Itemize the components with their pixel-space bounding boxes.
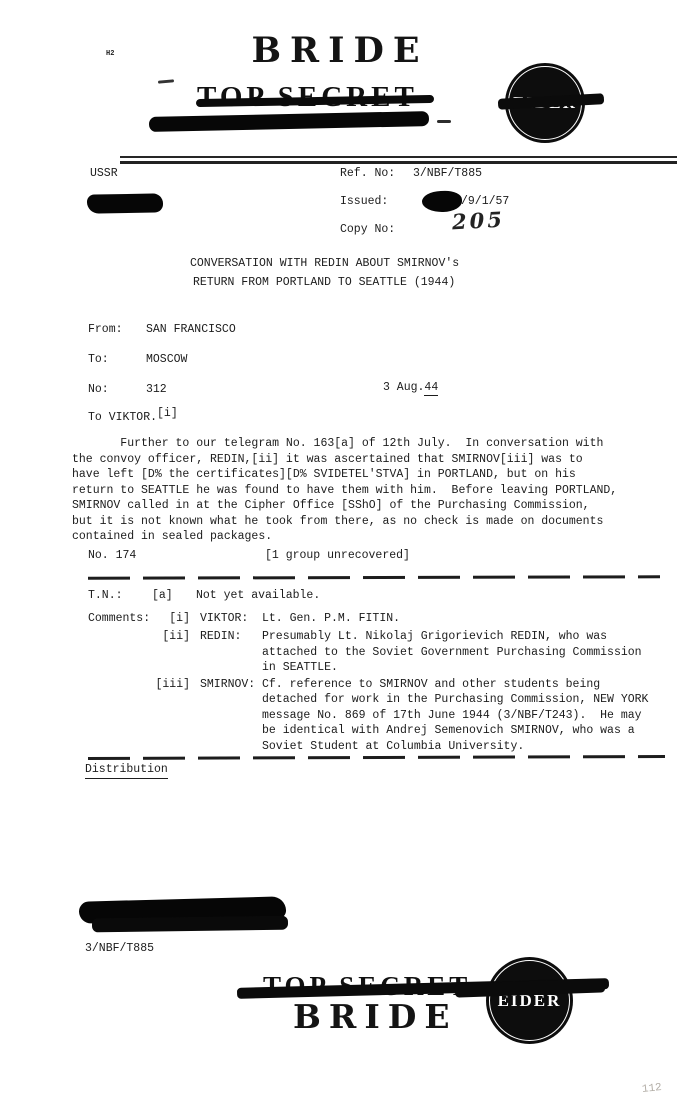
document-page: H2 BRIDE TOP SECRET EIDER USSR Ref. No: … bbox=[0, 0, 680, 1117]
comment-line: Soviet Student at Columbia University. bbox=[262, 740, 524, 754]
body-line: the convoy officer, REDIN,[ii] it was as… bbox=[72, 453, 583, 467]
issued-label: Issued: bbox=[340, 195, 388, 209]
copy-no-label: Copy No: bbox=[340, 223, 395, 237]
redaction-mark-sender bbox=[87, 193, 163, 213]
comment-line: be identical with Andrej Semenovich SMIR… bbox=[262, 724, 635, 738]
message-date: 3 Aug.44 bbox=[383, 381, 438, 395]
salutation: To VIKTOR.[i] bbox=[88, 411, 178, 425]
date-prefix: 3 Aug. bbox=[383, 381, 424, 394]
from-value: SAN FRANCISCO bbox=[146, 323, 236, 337]
ref-no-value: 3/NBF/T885 bbox=[413, 167, 482, 181]
document-title-line1: CONVERSATION WITH REDIN ABOUT SMIRNOV's bbox=[190, 257, 459, 271]
footer-serial: 3/NBF/T885 bbox=[85, 942, 154, 956]
comment-tag: [i] bbox=[126, 612, 190, 626]
codeword-bride-top: BRIDE bbox=[0, 30, 680, 71]
from-label: From: bbox=[88, 323, 123, 337]
distribution-heading: Distribution bbox=[85, 763, 168, 779]
comment-tag: [ii] bbox=[126, 630, 190, 644]
salutation-footnote-ref: [i] bbox=[157, 407, 178, 420]
comment-line: in SEATTLE. bbox=[262, 661, 338, 675]
no-value: 312 bbox=[146, 383, 167, 397]
to-label: To: bbox=[88, 353, 109, 367]
dash-mark-top bbox=[437, 120, 451, 123]
comment-tag: [iii] bbox=[126, 678, 190, 692]
to-value: MOSCOW bbox=[146, 353, 187, 367]
comment-line: detached for work in the Purchasing Comm… bbox=[262, 693, 648, 707]
comment-line: Lt. Gen. P.M. FITIN. bbox=[262, 612, 400, 626]
section-divider-dashed-2 bbox=[88, 755, 665, 760]
document-title-line2: RETURN FROM PORTLAND TO SEATTLE (1944) bbox=[193, 276, 455, 290]
faint-page-mark: 112 bbox=[641, 1082, 662, 1096]
country-label: USSR bbox=[90, 167, 118, 181]
redaction-mark-footer-2 bbox=[92, 916, 288, 933]
eider-stamp-bottom: EIDER bbox=[486, 957, 573, 1044]
tn-tag: [a] bbox=[152, 589, 173, 603]
body-line: have left [D% the certificates][D% SVIDE… bbox=[72, 468, 576, 482]
comment-name: SMIRNOV: bbox=[200, 678, 255, 692]
body-line: but it is not known what he took from th… bbox=[72, 515, 603, 529]
body-line: Further to our telegram No. 163[a] of 12… bbox=[72, 437, 603, 451]
section-divider-dashed-1 bbox=[88, 575, 660, 579]
unrecovered-note: [1 group unrecovered] bbox=[265, 549, 410, 563]
body-line: contained in sealed packages. bbox=[72, 530, 272, 544]
strikethrough-bar-top-2 bbox=[149, 111, 429, 132]
body-line: return to SEATTLE he was found to have t… bbox=[72, 484, 617, 498]
salutation-text: To VIKTOR. bbox=[88, 411, 157, 424]
stray-pen-mark bbox=[158, 79, 174, 83]
tn-text: Not yet available. bbox=[196, 589, 320, 603]
comment-name: VIKTOR: bbox=[200, 612, 248, 626]
body-line: SMIRNOV called in at the Cipher Office [… bbox=[72, 499, 590, 513]
comment-line: attached to the Soviet Government Purcha… bbox=[262, 646, 642, 660]
copy-no-handwritten-value: 205 bbox=[451, 207, 505, 235]
date-year-underlined: 44 bbox=[424, 381, 438, 396]
comment-line: Presumably Lt. Nikolaj Grigorievich REDI… bbox=[262, 630, 607, 644]
comment-line: message No. 869 of 17th June 1944 (3/NBF… bbox=[262, 709, 642, 723]
internal-message-no: No. 174 bbox=[88, 549, 136, 563]
comment-line: Cf. reference to SMIRNOV and other stude… bbox=[262, 678, 600, 692]
comment-name: REDIN: bbox=[200, 630, 241, 644]
ref-no-label: Ref. No: bbox=[340, 167, 395, 181]
tn-label: T.N.: bbox=[88, 589, 123, 603]
codeword-bride-bottom: BRIDE bbox=[293, 997, 458, 1036]
no-label: No: bbox=[88, 383, 109, 397]
header-divider-rule bbox=[120, 156, 677, 164]
